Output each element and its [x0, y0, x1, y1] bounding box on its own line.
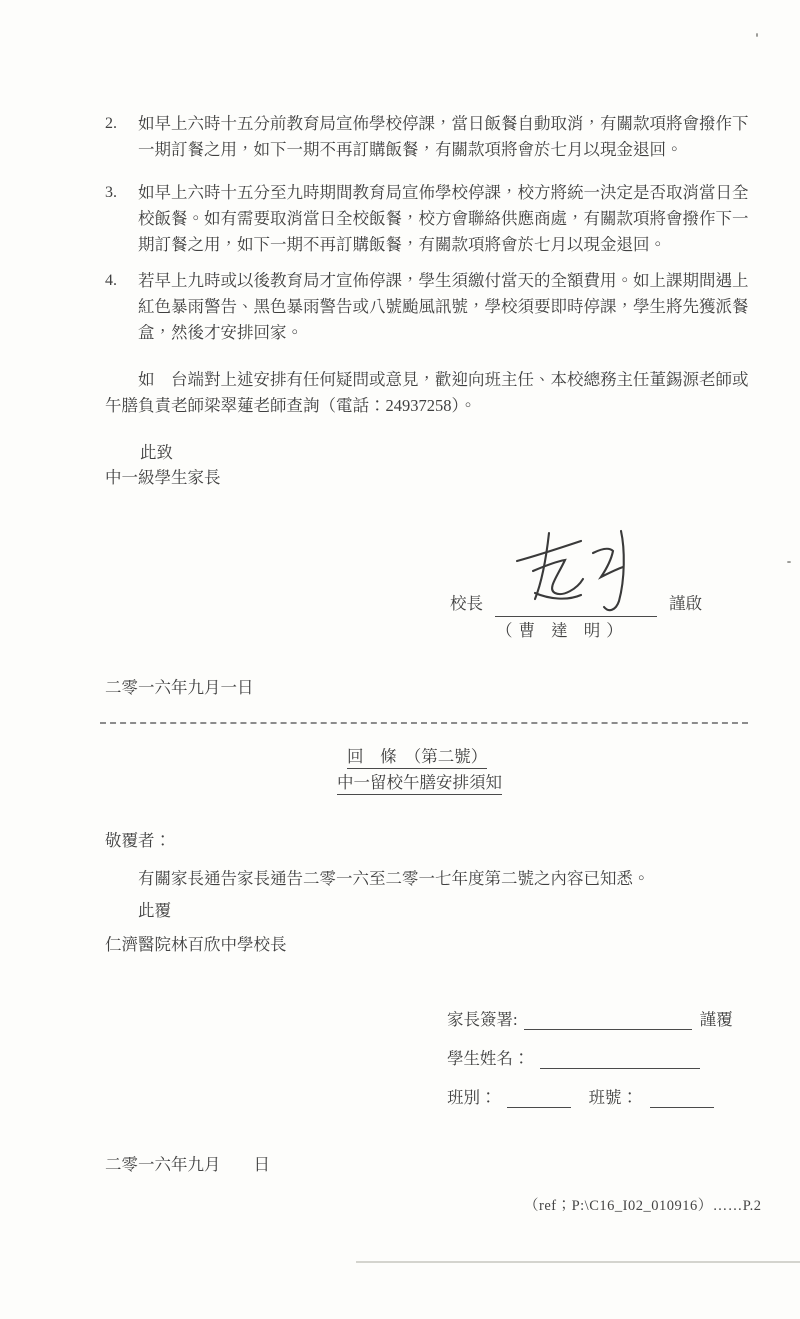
reply-closing: 此覆 — [138, 898, 171, 924]
parent-signature-label: 家長簽署: — [447, 1006, 518, 1030]
scan-speck — [787, 561, 791, 563]
signature-label: 校長 — [450, 591, 483, 617]
reply-slip-subtitle: 中一留校午膳安排須知 — [337, 770, 502, 796]
scan-speck — [756, 33, 758, 37]
reply-salutation: 敬覆者： — [105, 828, 171, 854]
cut-here-dashed-line — [100, 722, 748, 724]
student-name-row: 學生姓名： — [447, 1045, 700, 1069]
class-no-label: 班號： — [589, 1084, 639, 1108]
signature-suffix: 謹啟 — [669, 591, 702, 617]
scanned-notice-page: 2. 如早上六時十五分前教育局宣佈學校停課，當日飯餐自動取消，有關款項將會撥作下… — [0, 0, 800, 1319]
enquiry-paragraph-line-2: 午膳負責老師梁翠蓮老師查詢（電話：24937258）。 — [105, 393, 476, 419]
reply-body: 有關家長通告家長通告二零一六至二零一七年度第二號之內容已知悉。 — [138, 866, 650, 892]
student-name-label: 學生姓名： — [447, 1045, 530, 1069]
parent-signature-row: 家長簽署: 謹覆 — [447, 1006, 733, 1030]
enquiry-paragraph-line-1: 如 台端對上述安排有任何疑問或意見，歡迎向班主任、本校總務主任董錫源老師或 — [138, 367, 749, 393]
item-4-text: 若早上九時或以後教育局才宣佈停課，學生須繳付當天的全額費用。如上課期間遇上 紅色… — [138, 268, 749, 346]
reply-date: 二零一六年九月 日 — [105, 1152, 270, 1178]
closing-salute: 此致 — [140, 440, 173, 466]
class-row: 班別： 班號： — [447, 1084, 714, 1108]
reply-slip-title: 回 條 （第二號） — [347, 744, 487, 770]
item-2-number: 2. — [105, 111, 138, 163]
notice-item-3: 3. 如早上六時十五分至九時期間教育局宣佈學校停課，校方將統一決定是否取消當日全… — [105, 180, 749, 258]
class-no-field[interactable] — [650, 1089, 714, 1108]
notice-date: 二零一六年九月一日 — [105, 675, 254, 701]
class-label: 班別： — [447, 1084, 497, 1108]
parent-signature-field[interactable] — [524, 1011, 692, 1030]
item-4-number: 4. — [105, 268, 138, 346]
notice-item-2: 2. 如早上六時十五分前教育局宣佈學校停課，當日飯餐自動取消，有關款項將會撥作下… — [105, 111, 749, 163]
item-2-text: 如早上六時十五分前教育局宣佈學校停課，當日飯餐自動取消，有關款項將會撥作下 一期… — [138, 111, 749, 163]
signature-row: 校長 謹啟 — [450, 591, 702, 617]
principal-name: （曹 達 明） — [496, 618, 629, 644]
reply-recipient: 仁濟醫院林百欣中學校長 — [105, 932, 287, 958]
scan-edge-artifact — [356, 1261, 800, 1263]
item-3-text: 如早上六時十五分至九時期間教育局宣佈學校停課，校方將統一決定是否取消當日全 校飯… — [138, 180, 749, 258]
notice-item-4: 4. 若早上九時或以後教育局才宣佈停課，學生須繳付當天的全額費用。如上課期間遇上… — [105, 268, 749, 346]
parent-signature-suffix: 謹覆 — [700, 1006, 733, 1030]
student-name-field[interactable] — [540, 1050, 700, 1069]
closing-addressee: 中一級學生家長 — [105, 465, 221, 491]
item-3-number: 3. — [105, 180, 138, 258]
class-field[interactable] — [507, 1089, 571, 1108]
signature-blank-line — [495, 597, 657, 617]
footer-reference: （ref；P:\C16_I02_010916）……P.2 — [524, 1194, 762, 1215]
